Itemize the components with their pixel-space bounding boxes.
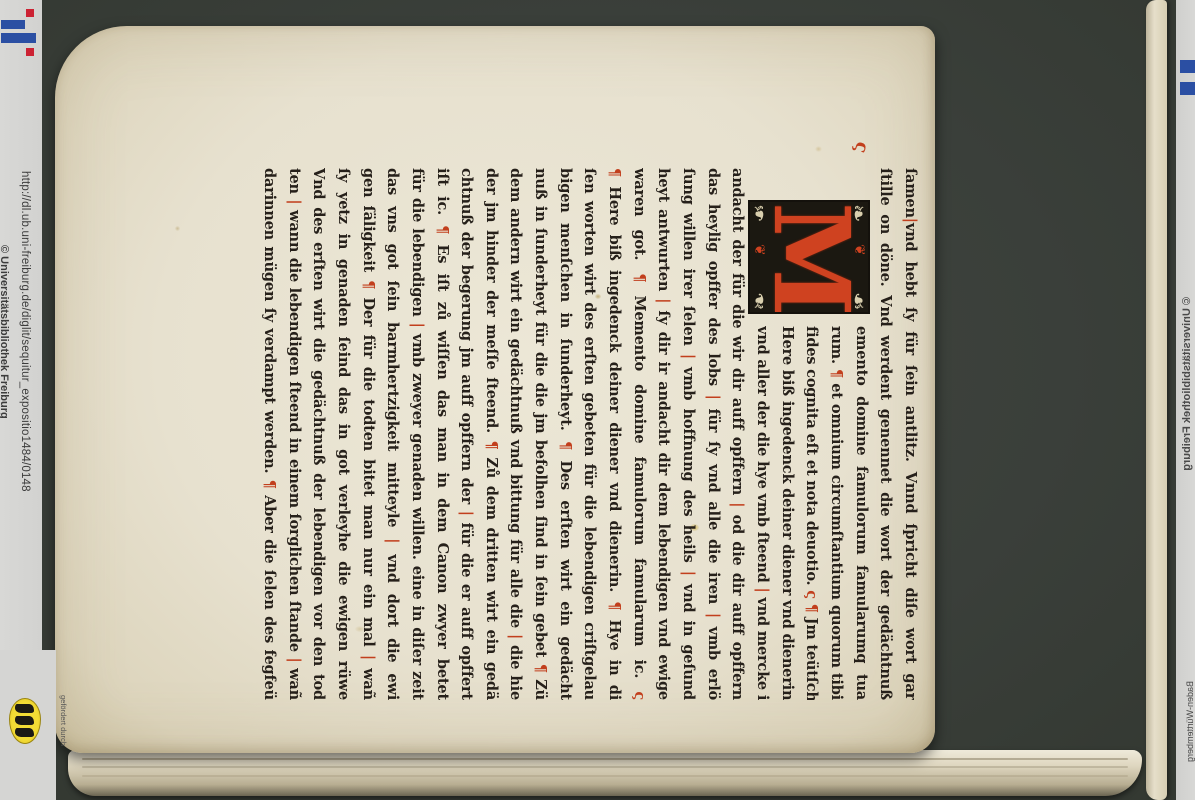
text-line: Vnd des erſten wirt die gedächtnuß der l…	[306, 168, 331, 700]
stain-spot	[815, 146, 822, 152]
text-line: ten | wann die lebendigen ſteend in eine…	[281, 168, 306, 700]
logo-blue-bar	[1180, 82, 1195, 95]
text-line: rum. ¶ et omnium circumſtantium quorum t…	[823, 326, 848, 700]
text-line: ſamen|vnd hebt ſy für ſein antlitz. Vnnd…	[897, 168, 922, 700]
lion-icon	[15, 716, 34, 725]
text-line: gen ſäligkeit ¶ Der für die todten bitet…	[355, 168, 380, 700]
text-line: ſung willen irer ſelen | vmb hoffnung de…	[675, 168, 700, 700]
text-line: ¶ Here biß ingedenck deiner diener vnd d…	[601, 168, 626, 700]
funding-label: gefördert durch	[58, 695, 68, 747]
source-url: http://dl.ub.uni-freiburg.de/diglit/sequ…	[15, 171, 31, 631]
page-stack-sliver	[1146, 0, 1167, 800]
copyright-left: © Universitätsbibliothek Freiburg	[0, 245, 10, 565]
text-line: das vns got ſein barmhertzigkeit mitteyl…	[380, 168, 405, 700]
text-line: fides cognita eſt et nota deuotio. ς ¶ J…	[799, 326, 824, 700]
copyright-right-mirrored: © Universitätsbibliothek Freiburg	[1181, 297, 1195, 627]
logo-blue-bar	[1180, 60, 1195, 73]
logo-blue-bar	[1, 33, 36, 43]
page-edge-line	[82, 775, 1128, 777]
page-edge-line	[82, 758, 1128, 760]
initial-letter-M: M	[750, 202, 870, 312]
text-line: dem andern wirt ein gedächtnuß vnd bittu…	[503, 168, 528, 700]
text-line: ſen worten wirt des erſten gebeten für d…	[577, 168, 602, 700]
stain-spot	[175, 226, 180, 231]
decorated-initial-woodcut: ❧ ❧ ❧ ❧ ❦ ❦ M	[748, 200, 870, 314]
lion-icon	[15, 728, 34, 737]
book-fore-edge	[68, 750, 1142, 796]
lion-icon	[15, 704, 34, 713]
ub-freiburg-logo	[0, 0, 42, 60]
logo-red-square	[26, 48, 34, 56]
text-line: darinnen mügen ſy verdampt werden. ¶ Abe…	[256, 168, 281, 700]
text-line: ſy yetz in genaden ſeind das in got verl…	[330, 168, 355, 700]
page-edge-line	[82, 766, 1128, 768]
text-line: chtnuß der begerung jm auff opffern der …	[454, 168, 479, 700]
page-text-block: ς ❧ ❧ ❧ ❧ ❦ ❦ M ſamen|vnd hebt ſy für ſe…	[256, 168, 922, 700]
logo-red-square	[26, 9, 34, 17]
scanned-book-viewer: { "colors": { "scanner_background": "#3a…	[0, 0, 1195, 800]
text-line: waren got. ¶ Memento domine famulorum fa…	[626, 168, 651, 700]
ub-freiburg-logo-right	[1178, 55, 1195, 115]
text-line: für die lebendigen | vmb zweyer genaden …	[404, 168, 429, 700]
region-label-mirrored: Baden-Württemberg	[1185, 681, 1195, 781]
text-line: andacht der für die wir dir auff opffern…	[725, 168, 750, 700]
text-line: vnd aller der die hye vmb ſteend | vnd m…	[749, 326, 774, 700]
logo-blue-bar	[1, 20, 25, 29]
text-line: iſt ic. ¶ Es iſt zů wiſſen das man in de…	[429, 168, 454, 700]
text-line: emento domine famulorum famularumq tua	[848, 326, 873, 700]
text-line: ſtille on döne. Vnd werdent genennet die…	[873, 168, 898, 700]
text-line: der jm hinder der meſſe ſteend. ¶ Zů dem…	[478, 168, 503, 700]
text-line: Here biß ingedenck deiner diener vnd die…	[774, 326, 799, 700]
text-line: bigen menſchen in ſunderheyt. ¶ Des erſt…	[552, 168, 577, 700]
text-line: das heylig opffer des lobs | für ſy vnd …	[700, 168, 725, 700]
text-line: heyt antwurten | ſy dir ir andacht dir d…	[651, 168, 676, 700]
text-line: nuß in ſunderheyt für die die jm befolhe…	[528, 168, 553, 700]
